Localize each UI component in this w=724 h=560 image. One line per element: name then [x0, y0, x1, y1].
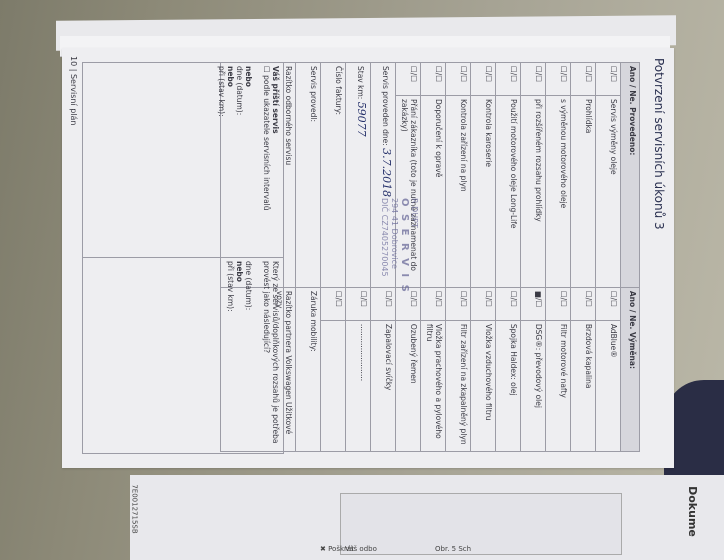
- rotated-page-content: Potvrzení servisních úkonů 3 Ano / Ne. P…: [62, 48, 674, 468]
- left-item: Doporučení k opravě: [421, 96, 446, 288]
- handwritten-mileage: 59077: [355, 102, 368, 137]
- checkbox[interactable]: ☐/☐: [421, 63, 446, 96]
- figure-box: [340, 493, 622, 555]
- right-item: [321, 320, 346, 451]
- right-item: AdBlue®: [596, 320, 621, 451]
- left-item: Prohlídka: [571, 96, 596, 288]
- service-booklet-page: Potvrzení servisních úkonů 3 Ano / Ne. P…: [62, 48, 674, 468]
- page-title: Potvrzení servisních úkonů 3: [652, 58, 666, 230]
- checkbox[interactable]: ☐/☐: [346, 287, 371, 320]
- left-item: Použití motorového oleje Long-Life: [496, 96, 521, 288]
- right-item: Vložka prachového a pylového filtru: [421, 320, 446, 451]
- checkbox[interactable]: ☐/☐: [546, 287, 571, 320]
- checkbox[interactable]: ☐/☐: [571, 63, 596, 96]
- right-item: Vložka vzduchového filtru: [471, 320, 496, 451]
- next-service-left: Váš příští servis ☐ podle ukazatele serv…: [83, 63, 283, 258]
- right-item: Brzdová kapalina: [571, 320, 596, 451]
- right-item: Filtr motorové nafty: [546, 320, 571, 451]
- right-item: DSG®: převodový olej: [521, 320, 546, 451]
- checkbox[interactable]: ☐/☐: [396, 63, 421, 96]
- figure-caption: Obr. 5 Sch: [435, 545, 471, 553]
- workshop-stamp: R DUPT O S E R V I S 294 41 Dobrovice DI…: [379, 198, 419, 294]
- left-item: Kontrola karoserie: [471, 96, 496, 288]
- right-item: Ozubený řemen: [396, 320, 421, 451]
- checkbox[interactable]: ☐/☐: [571, 287, 596, 320]
- checkbox[interactable]: ☐/☐: [471, 63, 496, 96]
- right-item: Spojka Haldex: olej: [496, 320, 521, 451]
- right-item: Zapalovací svíčky: [371, 320, 396, 451]
- page-number: 10: [69, 56, 78, 66]
- performed-by-row: Servis provedl:: [296, 63, 321, 288]
- mobility-row: Záruka mobility:: [296, 287, 321, 451]
- checkbox[interactable]: ☐/☐: [521, 63, 546, 96]
- checkbox[interactable]: ☐/☐: [596, 287, 621, 320]
- checkbox[interactable]: ☐/☐: [471, 287, 496, 320]
- checkbox[interactable]: ☐/☐: [321, 287, 346, 320]
- left-item: Kontrola zařízení na plyn: [446, 96, 471, 288]
- checkbox[interactable]: ☐/☐: [446, 287, 471, 320]
- checkbox[interactable]: ☐/☐: [446, 63, 471, 96]
- checkbox[interactable]: ☐/☐: [496, 287, 521, 320]
- page-footer: 10 | Servisní plán: [69, 56, 78, 126]
- checkbox[interactable]: ☐/☐: [496, 63, 521, 96]
- right-item: ........................: [346, 320, 371, 451]
- section-name: Servisní plán: [69, 74, 78, 126]
- next-booklet-page: 7E0012715SB Dokume Obr. 5 Sch Váš odbo ✖…: [130, 475, 724, 560]
- left-item: s výměnou motorového oleje: [546, 96, 571, 288]
- checkbox[interactable]: ☐/☐: [596, 63, 621, 96]
- handwritten-date: 3.7.2018: [380, 148, 393, 197]
- document-code: 7E0012715SB: [131, 484, 139, 533]
- left-item: Servis výměny oleje: [596, 96, 621, 288]
- checkbox-checked[interactable]: ■/☐: [521, 287, 546, 320]
- next-service-right: Který ze servisů/doplňkových rozsahů je …: [83, 258, 283, 453]
- checkbox[interactable]: ☐/☐: [546, 63, 571, 96]
- next-page-text-2: ✖ Poškrát: [320, 545, 354, 553]
- mileage-row: Stav km: 59077: [346, 63, 371, 288]
- left-header: Ano / Ne. Provedeno:: [621, 63, 640, 288]
- right-header: Ano / Ne. Výměna:: [621, 287, 640, 451]
- next-page-title: Dokume: [686, 486, 699, 537]
- next-service-box: Váš příští servis ☐ podle ukazatele serv…: [82, 62, 284, 454]
- right-item: Filtr zařízení na zkapalněný plyn: [446, 320, 471, 451]
- invoice-row: Číslo faktury:: [321, 63, 346, 288]
- left-item: při rozšířeném rozsahu prohlídky: [521, 96, 546, 288]
- checkbox[interactable]: ☐/☐: [421, 287, 446, 320]
